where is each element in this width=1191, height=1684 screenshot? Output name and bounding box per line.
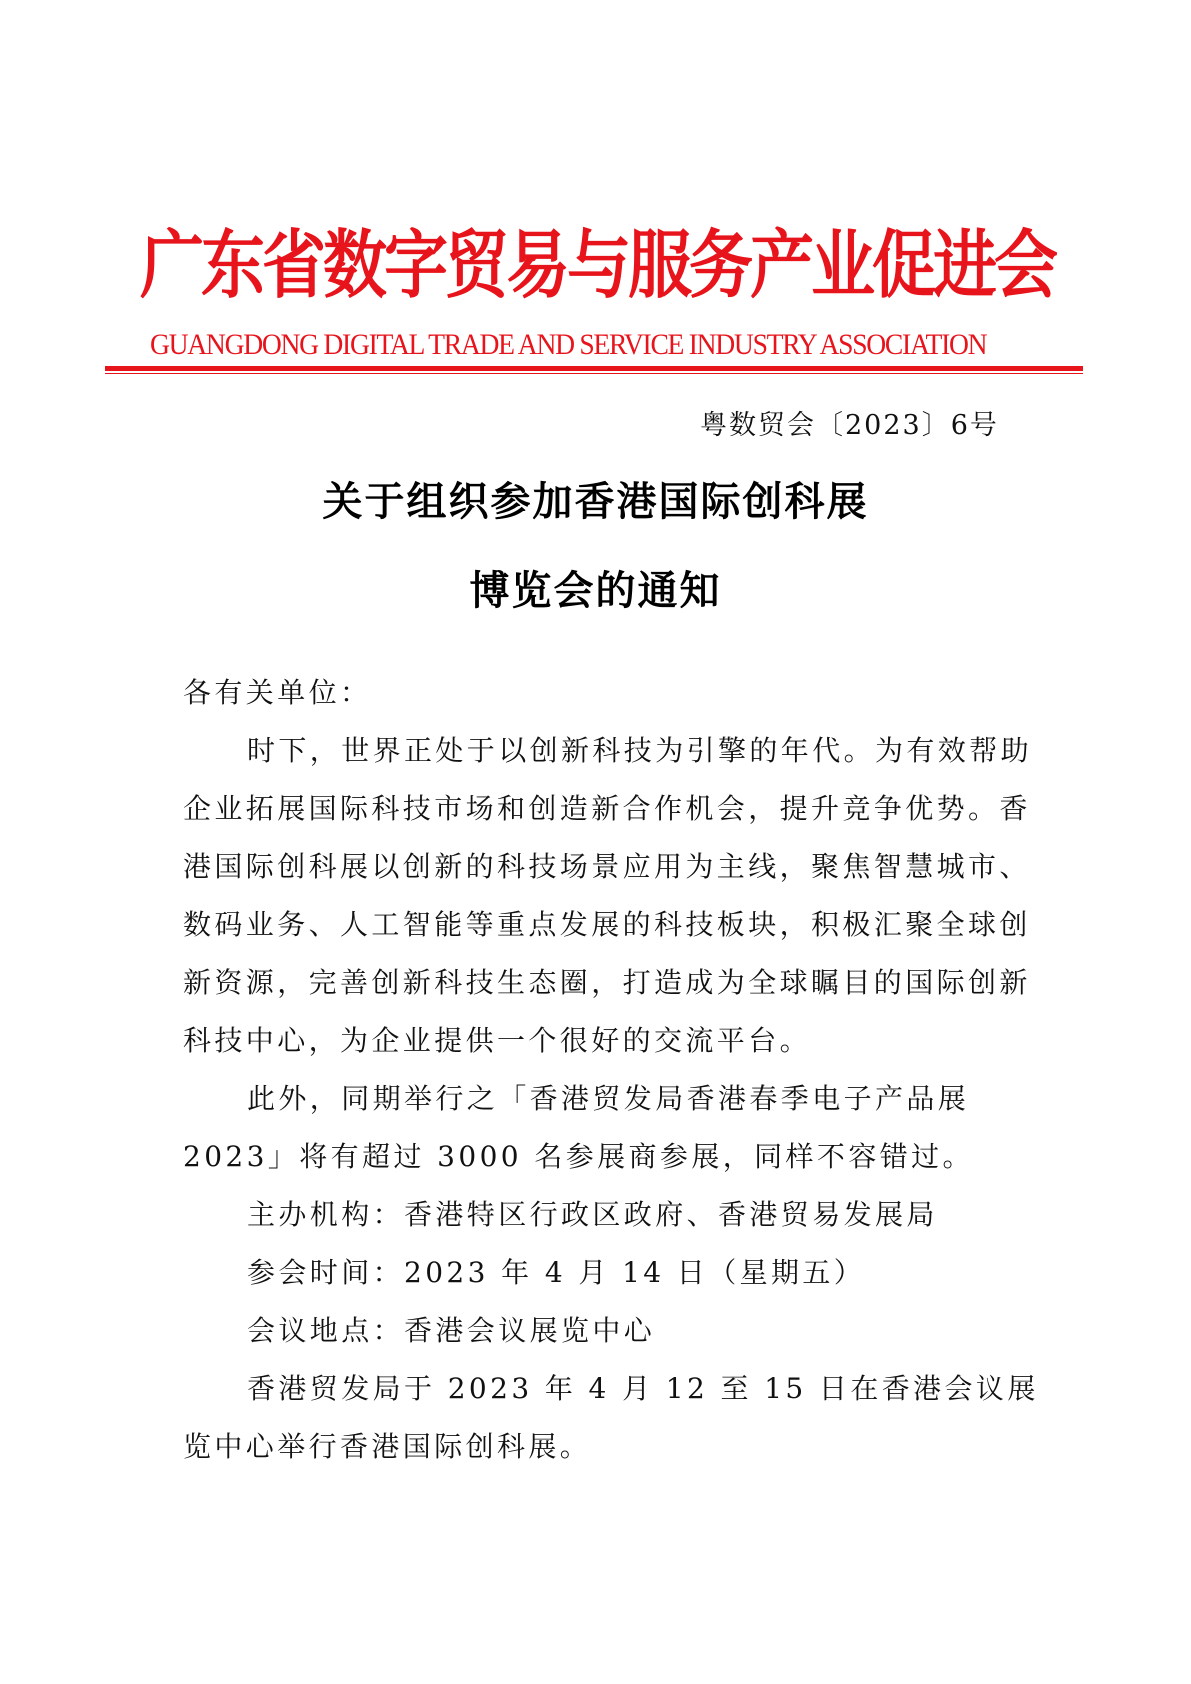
paragraph-event-schedule: 香港贸发局于 2023 年 4 月 12 至 15 日在香港会议展览中心举行香港… — [183, 1360, 1043, 1476]
paragraph-venue: 会议地点：香港会议展览中心 — [183, 1302, 1043, 1360]
paragraph-date: 参会时间：2023 年 4 月 14 日（星期五） — [183, 1244, 1043, 1302]
salutation: 各有关单位： — [183, 664, 1043, 722]
document-body: 各有关单位： 时下，世界正处于以创新科技为引擎的年代。为有效帮助企业拓展国际科技… — [183, 664, 1043, 1476]
paragraph-organizer: 主办机构：香港特区行政区政府、香港贸易发展局 — [183, 1186, 1043, 1244]
letterhead-divider-thin — [105, 373, 1083, 374]
document-number: 粤数贸会〔2023〕6号 — [700, 406, 1020, 446]
letterhead-divider-thick — [105, 366, 1083, 371]
paragraph-concurrent-event: 此外，同期举行之「香港贸发局香港春季电子产品展2023」将有超过 3000 名参… — [183, 1070, 1043, 1186]
document-title-line-2: 博览会的通知 — [0, 566, 1191, 616]
document-title-line-1: 关于组织参加香港国际创科展 — [0, 477, 1191, 527]
paragraph-intro: 时下，世界正处于以创新科技为引擎的年代。为有效帮助企业拓展国际科技市场和创造新合… — [183, 722, 1043, 1070]
document-page: 广东省数字贸易与服务产业促进会 GUANGDONG DIGITAL TRADE … — [0, 0, 1191, 1684]
letterhead-org-name-cn: 广东省数字贸易与服务产业促进会 — [140, 218, 1050, 315]
letterhead-org-name-en: GUANGDONG DIGITAL TRADE AND SERVICE INDU… — [150, 328, 978, 362]
